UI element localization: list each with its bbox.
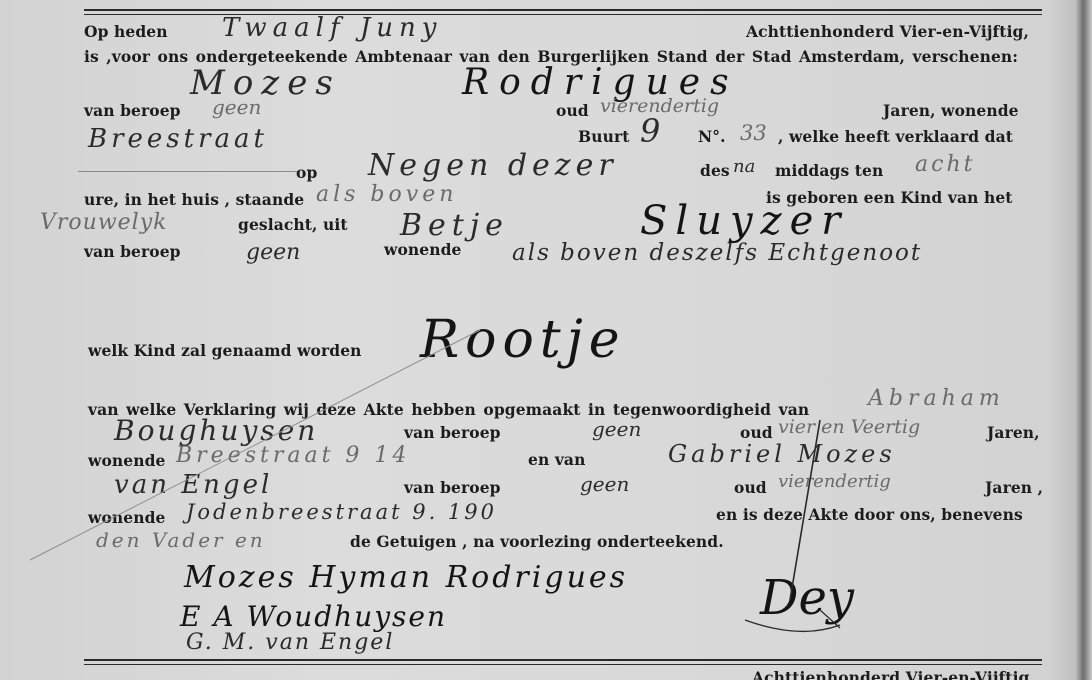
printed-ure-huis: ure, in het huis , staande: [84, 190, 304, 209]
printed-van-beroep-2: van beroep: [84, 242, 181, 261]
handwritten-child-sex: Vrouwelyk: [40, 210, 167, 235]
printed-geslacht-uit: geslacht, uit: [238, 215, 348, 234]
handwritten-declarant-street: Breestraat: [88, 124, 268, 154]
printed-van-beroep-1: van beroep: [84, 101, 181, 120]
printed-wonende-3: wonende: [88, 451, 165, 470]
handwritten-witness1-occupation: geen: [592, 417, 641, 441]
printed-jaren-4: Jaren ,: [985, 478, 1043, 497]
handwritten-mother-first: Betje: [400, 208, 509, 243]
printed-middags-ten: middags ten: [775, 161, 883, 180]
handwritten-child-name: Rootje: [420, 310, 626, 370]
printed-op: op: [296, 163, 317, 182]
printed-getuigen-line: de Getuigen , na voorlezing onderteekend…: [350, 532, 724, 551]
handwritten-witness2-residence: Jodenbreestraat 9. 190: [186, 500, 497, 524]
handwritten-declarant-occupation: geen: [212, 95, 261, 119]
handwritten-witness2-last: van Engel: [114, 470, 272, 500]
handwritten-house-location: als boven: [316, 182, 457, 207]
printed-akte-door-ons: en is deze Akte door ons, benevens: [716, 505, 1023, 524]
printed-en-van: en van: [528, 450, 585, 469]
signature-declarant: Mozes Hyman Rodrigues: [184, 560, 628, 595]
printed-des: des: [700, 161, 730, 180]
scanned-birth-record: Op heden Twaalf Juny Achttienhonderd Vie…: [0, 0, 1092, 680]
printed-jaren-3: Jaren,: [987, 423, 1040, 442]
bottom-double-rule: [84, 659, 1042, 665]
handwritten-mother-residence: als boven deszelfs Echtgenoot: [512, 240, 922, 266]
signature-witness1: E A Woudhuysen: [180, 600, 447, 633]
printed-year-heading: Achttienhonderd Vier-en-Vijftig,: [746, 22, 1029, 41]
printed-oud-4: oud: [734, 478, 767, 497]
printed-oud-1: oud: [556, 101, 589, 120]
printed-wonende-4: wonende: [88, 508, 165, 527]
next-record-year-heading: Achttienhonderd Vier-en-Vijftig: [752, 668, 1030, 680]
printed-buurt: Buurt: [578, 127, 629, 146]
blank-line-stroke: [78, 171, 298, 172]
handwritten-witness1-age: vier en Veertig: [778, 416, 920, 438]
handwritten-birth-date: Negen dezer: [368, 148, 618, 183]
handwritten-buurt-number: 9: [640, 112, 660, 150]
handwritten-witness1-first: Abraham: [868, 386, 1005, 411]
printed-jaren-wonende: Jaren, wonende: [883, 101, 1019, 120]
printed-verklaard: , welke heeft verklaard dat: [778, 127, 1013, 146]
printed-op-heden: Op heden: [84, 22, 168, 41]
handwritten-mother-occupation: geen: [246, 240, 300, 265]
printed-van-beroep-3: van beroep: [404, 423, 501, 442]
handwritten-witness2-occupation: geen: [580, 472, 629, 496]
handwritten-witness1-residence: Breestraat 9 14: [176, 443, 410, 468]
handwritten-date: Twaalf Juny: [222, 13, 442, 43]
signature-official: Dey: [760, 570, 854, 626]
printed-number-label: N°.: [698, 127, 726, 146]
handwritten-witness2-age: vierendertig: [778, 471, 891, 492]
printed-van-beroep-4: van beroep: [404, 478, 501, 497]
handwritten-mother-last: Sluyzer: [640, 198, 848, 244]
signature-witness2: G. M. van Engel: [186, 630, 394, 655]
handwritten-margin-note: den Vader en: [96, 528, 266, 552]
printed-wonende-2: wonende: [384, 240, 461, 259]
handwritten-witness2-first: Gabriel Mozes: [668, 440, 896, 468]
handwritten-birth-hour: acht: [915, 152, 975, 177]
printed-genaamd-worden: welk Kind zal genaamd worden: [88, 341, 362, 360]
handwritten-daypart: na: [733, 156, 755, 177]
handwritten-house-number: 33: [740, 121, 767, 145]
